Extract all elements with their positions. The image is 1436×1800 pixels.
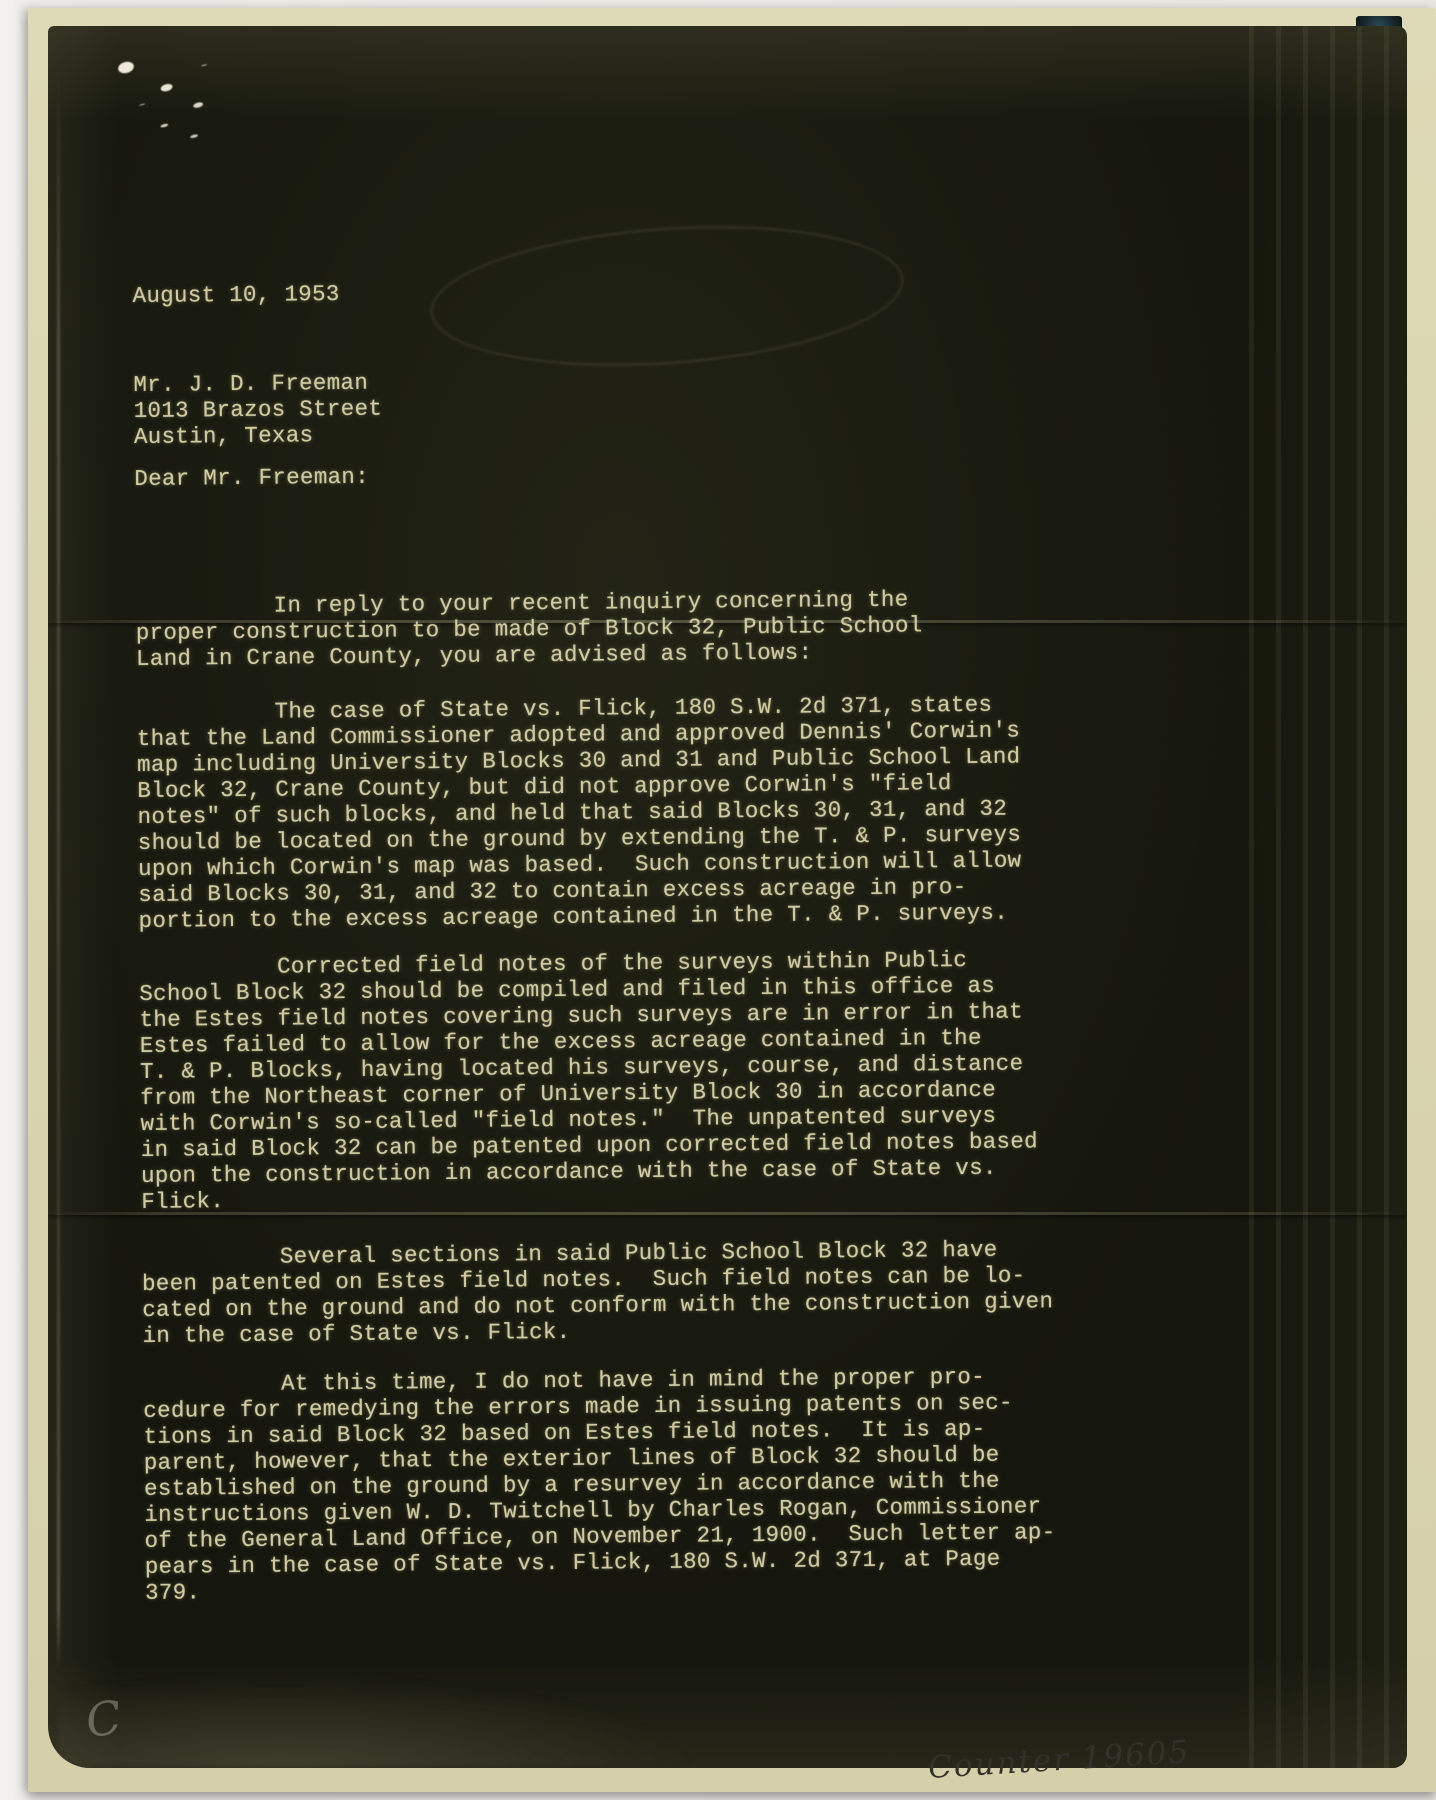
letter-paragraph-1: In reply to your recent inquiry concerni…	[135, 586, 922, 672]
letter-paragraph-2: The case of State vs. Flick, 180 S.W. 2d…	[136, 691, 1022, 933]
typed-letter-body: August 10, 1953 Mr. J. D. Freeman 1013 B…	[130, 26, 1111, 1726]
letter-paragraph-3: Corrected field notes of the surveys wit…	[139, 946, 1039, 1215]
photo-paper: August 10, 1953 Mr. J. D. Freeman 1013 B…	[28, 8, 1436, 1792]
photostat-negative: August 10, 1953 Mr. J. D. Freeman 1013 B…	[48, 26, 1407, 1768]
edge-highlight	[57, 66, 60, 1669]
recipient-address: Mr. J. D. Freeman 1013 Brazos Street Aus…	[133, 370, 382, 450]
corner-scratch-mark: C	[82, 1690, 124, 1748]
salutation: Dear Mr. Freeman:	[134, 464, 369, 492]
letter-paragraph-4: Several sections in said Public School B…	[142, 1236, 1054, 1349]
scanned-letter-page: { "letter": { "date": "August 10, 1953",…	[0, 0, 1436, 1800]
letter-date: August 10, 1953	[132, 281, 339, 309]
letter-paragraph-5: At this time, I do not have in mind the …	[143, 1363, 1056, 1606]
exposure-stripes	[1237, 26, 1407, 1768]
